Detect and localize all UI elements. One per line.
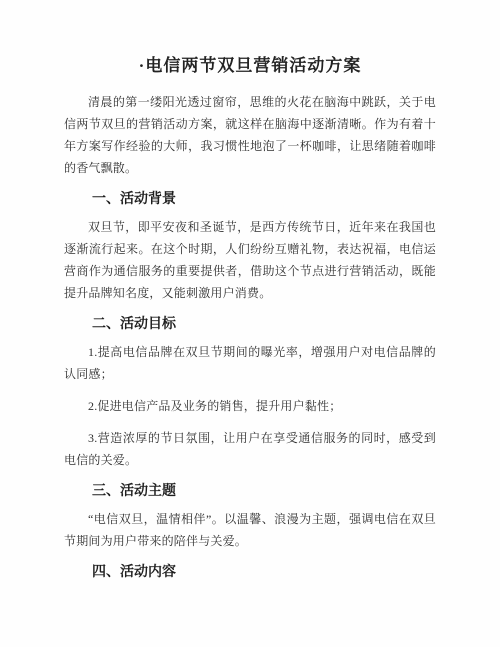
- goal-item-1: 1.提高电信品牌在双旦节期间的曝光率，增强用户对电信品牌的认同感；: [64, 341, 436, 385]
- section-heading-goals: 二、活动目标: [64, 314, 436, 336]
- goal-item-3: 3.营造浓厚的节日氛围，让用户在享受通信服务的同时，感受到电信的关爱。: [64, 427, 436, 471]
- section-heading-theme: 三、活动主题: [64, 481, 436, 503]
- section-background-paragraph: 双旦节，即平安夜和圣诞节，是西方传统节日，近年来在我国也逐渐流行起来。在这个时期…: [64, 216, 436, 304]
- document-page: ·电信两节双旦营销活动方案 清晨的第一缕阳光透过窗帘，思维的火花在脑海中跳跃，关…: [0, 0, 500, 647]
- intro-paragraph: 清晨的第一缕阳光透过窗帘，思维的火花在脑海中跳跃，关于电信两节双旦的营销活动方案…: [64, 91, 436, 179]
- section-heading-content: 四、活动内容: [64, 562, 436, 584]
- document-title: ·电信两节双旦营销活动方案: [64, 53, 436, 79]
- section-theme-paragraph: “电信双旦，温情相伴”。以温馨、浪漫为主题，强调电信在双旦节期间为用户带来的陪伴…: [64, 508, 436, 552]
- goal-item-2: 2.促进电信产品及业务的销售，提升用户黏性；: [64, 395, 436, 417]
- section-heading-background: 一、活动背景: [64, 189, 436, 211]
